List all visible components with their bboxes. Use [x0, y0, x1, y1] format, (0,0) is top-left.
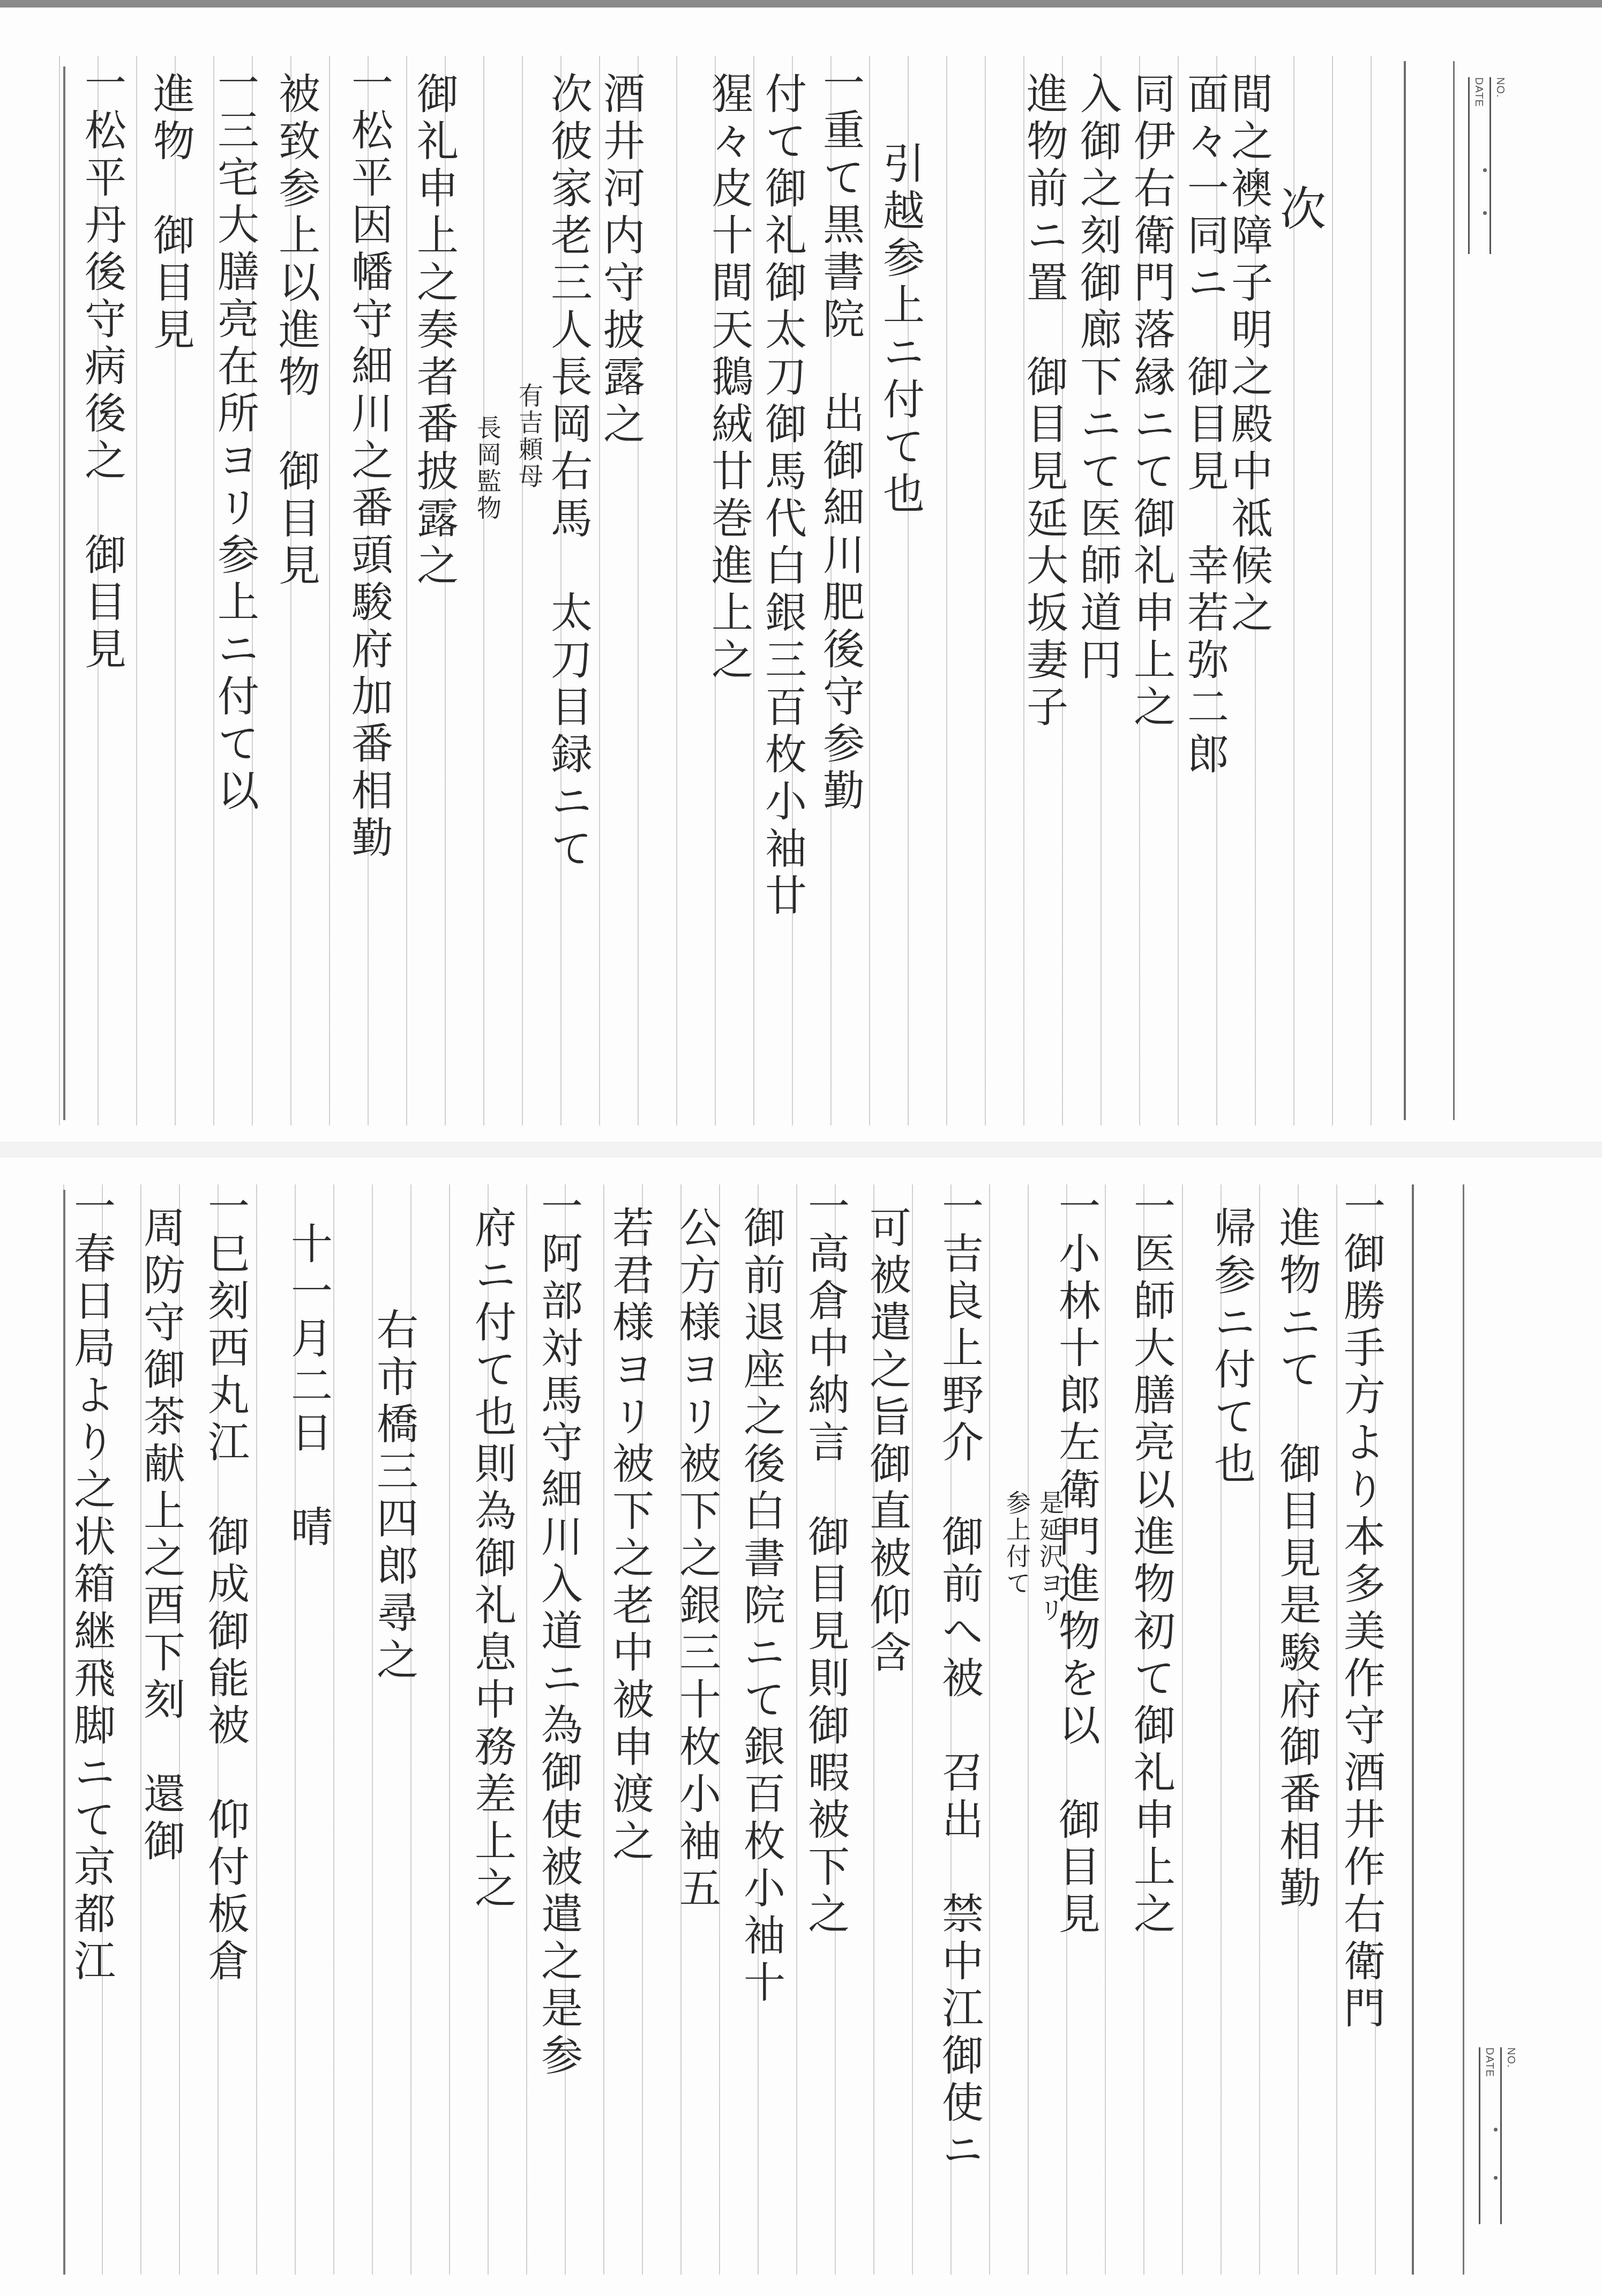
page-header-no-date: NO. DATE	[1479, 2047, 1522, 2251]
text-column: 酒井河内守披露之	[600, 72, 641, 449]
text-column: 一御勝手方より本多美作守酒井作右衛門	[1340, 1184, 1382, 2033]
text-column: 同伊右衛門落縁ニて御礼申上之	[1130, 72, 1172, 732]
no-underline	[1500, 2047, 1502, 2224]
text-column: 一春日局より之状箱継飛脚ニて京都江	[70, 1184, 112, 1986]
date-label: DATE	[1472, 77, 1485, 107]
text-column: 右市橋三四郎尋之	[373, 1308, 415, 1685]
no-label: NO.	[1504, 2047, 1517, 2068]
text-column: 入御之刻御廊下ニて医師道円	[1076, 72, 1118, 685]
text-column: 間之襖障子明之殿中祗候之	[1227, 72, 1269, 638]
section-heading: 次	[1276, 184, 1322, 236]
text-column: 府ニ付て也則為御礼息中務差上之	[471, 1206, 513, 1913]
no-label: NO.	[1494, 77, 1506, 98]
text-column: 猩々皮十間天鵝絨廿巻進上之	[708, 72, 750, 685]
text-column: 進物 御目見	[149, 72, 191, 355]
text-column: 被致参上以進物 御目見	[275, 72, 317, 591]
right-margin-line	[1412, 1184, 1414, 2275]
text-column: 御礼申上之奏者番披露之	[413, 72, 455, 591]
text-column: 進物ニて 御目見是駿府御番相勤	[1276, 1206, 1317, 1913]
date-underline	[1479, 2047, 1480, 2224]
right-margin-line-double	[1463, 1184, 1464, 2275]
text-column: 可被遣之旨御直被仰含	[866, 1206, 908, 1678]
text-column: 一松平丹後守病後之 御目見	[81, 61, 123, 674]
text-column: 一三宅大膳亮在所ヨリ参上ニ付て以	[214, 61, 256, 816]
text-column: 一吉良上野介 御前へ被 召出 禁中江御使ニ	[938, 1184, 980, 2175]
text-column: 御前退座之後白書院ニて銀百枚小袖十	[740, 1206, 782, 2008]
date-separator-dot	[1494, 2176, 1498, 2180]
text-column: 周防守御茶献上之酉下刻 還御	[140, 1206, 182, 1866]
date-label: DATE	[1483, 2047, 1495, 2077]
text-column: 進物前ニ置 御目見延大坂妻子	[1023, 72, 1065, 732]
text-column: 一松平因幡守細川之番頭駿府加番相勤	[348, 61, 390, 863]
text-column: 若君様ヨリ被下之老中被申渡之	[609, 1206, 650, 1866]
text-column: 面々一同ニ 御目見 幸若弥二郎	[1184, 72, 1225, 779]
right-margin-line-double	[1453, 61, 1455, 1120]
no-underline	[1489, 77, 1491, 254]
page-break	[0, 1142, 1602, 1158]
date-separator-dot	[1483, 168, 1487, 172]
right-margin-line	[1404, 61, 1406, 1120]
text-column: 一医師大膳亮以進物初て御礼申上之	[1130, 1184, 1172, 1939]
date-underline	[1468, 77, 1470, 254]
notebook-page-bottom: NO. DATE 一御勝手方より本多美作守酒井作右衛門進物ニて 御目見是駿府御番…	[0, 1158, 1602, 2296]
text-column: 十一月二日 晴	[287, 1222, 329, 1552]
annotation-column: 是延沢ヨリ	[1038, 1490, 1062, 1624]
text-column: 一重て黒書院 出御細川肥後守参勤	[819, 61, 861, 816]
text-column: 一阿部対馬守細川入道ニ為御使被遣之是参	[537, 1184, 579, 2081]
annotation-column: 参上付て	[1005, 1490, 1029, 1597]
text-column: 一巳刻西丸江 御成御能被 仰付板倉	[204, 1184, 246, 1986]
text-column: 一高倉中納言 御目見則御暇被下之	[804, 1184, 846, 1939]
left-margin-line	[63, 1190, 65, 2275]
text-column: 引越参上ニ付て也	[879, 141, 921, 519]
date-separator-dot	[1483, 211, 1487, 215]
annotation-column: 長岡監物	[475, 415, 500, 522]
text-column: 公方様ヨリ被下之銀三十枚小袖五	[676, 1206, 717, 1913]
annotation-column: 有吉頼母	[517, 383, 542, 490]
text-column: 付て御礼御太刀御馬代白銀三百枚小袖廿	[761, 72, 803, 921]
page-header-no-date: NO. DATE	[1468, 77, 1511, 281]
notebook-page-top: NO. DATE 次間之襖障子明之殿中祗候之面々一同ニ 御目見 幸若弥二郎同伊右…	[0, 0, 1602, 1142]
left-margin-line	[63, 66, 65, 1120]
date-separator-dot	[1494, 2128, 1498, 2131]
text-column: 帰参ニ付て也	[1210, 1206, 1252, 1489]
text-column: 次彼家老三人長岡右馬 太刀目録ニて	[547, 72, 589, 874]
ruled-lines	[63, 1184, 1387, 2275]
